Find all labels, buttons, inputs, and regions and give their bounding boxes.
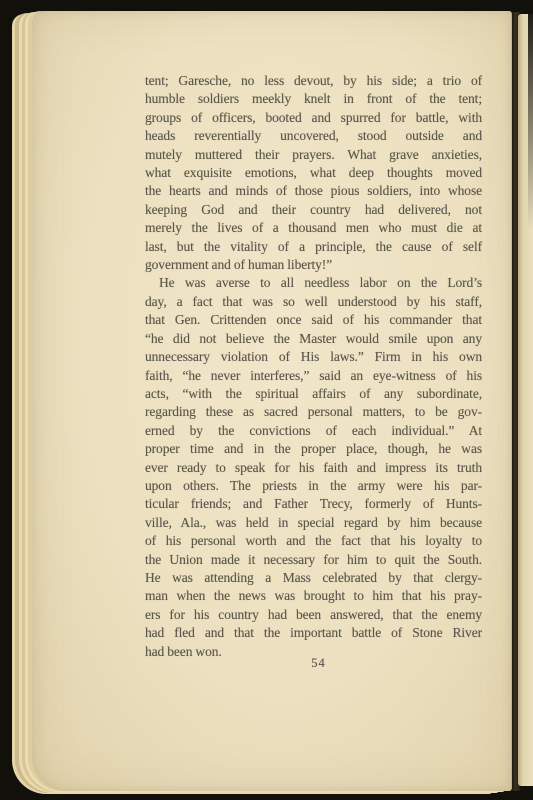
- text-line: the Union made it necessary for him to q…: [145, 551, 482, 569]
- text-line: of his personal worth and the fact that …: [145, 532, 482, 550]
- text-line: man when the news was brought to him tha…: [145, 587, 482, 605]
- text-line: had fled and that the important battle o…: [145, 624, 482, 642]
- text-line: the hearts and minds of those pious sold…: [145, 182, 482, 200]
- text-line: He was averse to all needless labor on t…: [145, 274, 482, 292]
- text-line: last, but the vitality of a principle, t…: [145, 238, 482, 256]
- text-line: humble soldiers meekly knelt in front of…: [145, 90, 482, 108]
- text-line: mutely muttered their prayers. What grav…: [145, 146, 482, 164]
- text-line: merely the lives of a thousand men who m…: [145, 219, 482, 237]
- text-line: ers for his country had been answered, t…: [145, 606, 482, 624]
- text-line: heads reverentially uncovered, stood out…: [145, 127, 482, 145]
- page-number: 54: [150, 656, 487, 671]
- cover-edge-shadow: [528, 0, 533, 230]
- text-line: groups of officers, booted and spurred f…: [145, 109, 482, 127]
- text-line: ever ready to speak for his faith and im…: [145, 459, 482, 477]
- text-line: faith, “he never interferes,” said an ey…: [145, 367, 482, 385]
- text-line: erned by the convictions of each individ…: [145, 422, 482, 440]
- text-line: keeping God and their country had delive…: [145, 201, 482, 219]
- text-line: day, a fact that was so well understood …: [145, 293, 482, 311]
- paragraph-continued: tent; Garesche, no less devout, by his s…: [145, 72, 482, 274]
- text-line: government and of human liberty!”: [145, 256, 482, 274]
- text-line: what exquisite emotions, what deep thoug…: [145, 164, 482, 182]
- scanned-book-photo: tent; Garesche, no less devout, by his s…: [0, 0, 533, 800]
- text-line: tent; Garesche, no less devout, by his s…: [145, 72, 482, 90]
- paragraph: He was averse to all needless labor on t…: [145, 274, 482, 661]
- page-text: tent; Garesche, no less devout, by his s…: [145, 72, 482, 661]
- text-line: “he did not believe the Master would smi…: [145, 330, 482, 348]
- text-line: unnecessary violation of His laws.” Firm…: [145, 348, 482, 366]
- text-line: proper time and in the proper place, tho…: [145, 440, 482, 458]
- text-line: that Gen. Crittenden once said of his co…: [145, 311, 482, 329]
- text-line: acts, “with the spiritual affairs of any…: [145, 385, 482, 403]
- book-page: tent; Garesche, no less devout, by his s…: [32, 11, 512, 791]
- text-line: regarding these as sacred personal matte…: [145, 403, 482, 421]
- text-line: He was attending a Mass celebrated by th…: [145, 569, 482, 587]
- text-line: upon others. The priests in the army wer…: [145, 477, 482, 495]
- text-line: ville, Ala., was held in special regard …: [145, 514, 482, 532]
- text-line: ticular friends; and Father Trecy, forme…: [145, 495, 482, 513]
